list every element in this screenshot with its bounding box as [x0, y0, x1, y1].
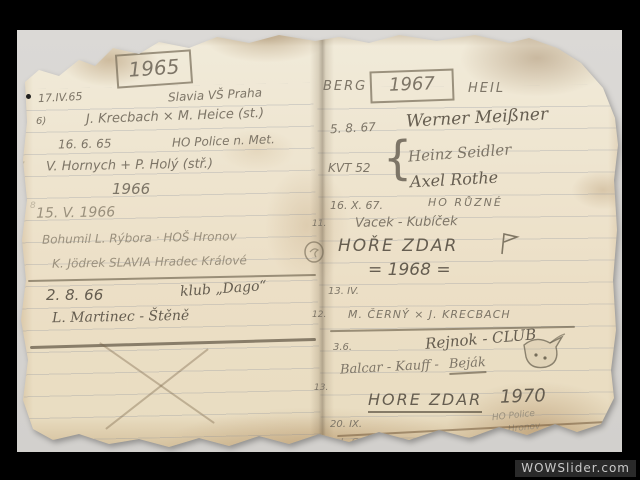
entry-date-16-x-67: 16. X. 67. — [330, 200, 383, 212]
scan-dust-dot — [26, 94, 31, 99]
slider-stage: 1965 17.IV.65 Slavia VŠ Praha 6) J. Krec… — [0, 0, 640, 480]
entry-date-5-8-67: 5. 8. 67 — [330, 121, 376, 136]
watermark-link[interactable]: WOWSlider.com — [515, 460, 636, 477]
margin-number-8: 8 — [30, 202, 36, 211]
entry-hornych-holy: V. Hornych + P. Holý (stř.) — [46, 158, 213, 175]
notebook-paper: 1965 17.IV.65 Slavia VŠ Praha 6) J. Krec… — [17, 30, 622, 452]
entry-date-20-ix: 20. IX. — [330, 420, 362, 431]
margin-number-7: 7 — [19, 162, 25, 171]
entry-martinec-stene: L. Martinec - Štěně — [52, 309, 190, 326]
year-1967-box: 1967 — [369, 69, 454, 104]
entry-date-2-8-66: 2. 8. 66 — [46, 288, 103, 304]
entry-hore-zdar-1968: HOŘE ZDAR — [338, 238, 458, 256]
margin-number-13: 13. — [314, 384, 328, 393]
margin-number-12: 12. — [312, 311, 326, 320]
entry-1970: 1970 — [500, 387, 546, 407]
entry-date-13-iv: 13. IV. — [328, 287, 359, 298]
entry-date-15-v-1966: 15. V. 1966 — [36, 205, 115, 221]
pennant-flag-icon — [498, 232, 520, 256]
entry-date-3-6: 3.6. — [333, 343, 352, 354]
entry-kvt52: KVT 52 — [328, 162, 371, 175]
margin-number-14: 14. — [318, 439, 332, 448]
circled-scribble-icon — [303, 240, 325, 264]
scanned-page-photo: 1965 17.IV.65 Slavia VŠ Praha 6) J. Krec… — [17, 30, 622, 452]
entry-1968: = 1968 = — [368, 262, 451, 280]
entry-bejak-underlined: Beják — [449, 356, 487, 375]
entry-cerny-krecbach: M. ČERNÝ × J. KRECBACH — [348, 309, 511, 321]
entry-date-16-6-65: 16. 6. 65 — [58, 138, 112, 152]
entry-date-17-iv-65: 17.IV.65 — [38, 91, 83, 105]
entry-vacek-kubicek: Vacek - Kubíček — [355, 215, 458, 230]
header-berg: BERG — [323, 80, 367, 94]
entry-hore-zdar-1970: HORE ZDAR — [368, 392, 482, 413]
margin-number-11: 11. — [312, 220, 326, 229]
year-1965-box: 1965 — [115, 49, 193, 88]
entry-ho-ruzne: HO RŮZNÉ — [428, 197, 503, 209]
entry-js-torn: J. S — [340, 437, 359, 450]
year-1966-heading: 1966 — [112, 182, 150, 198]
stingray-doodle-icon — [520, 333, 566, 373]
ruled-lines-right-page — [317, 84, 621, 439]
paper-shadow-wrap: 1965 17.IV.65 Slavia VŠ Praha 6) J. Krec… — [17, 30, 622, 452]
margin-number-6: 6) — [36, 117, 46, 128]
header-heil: HEIL — [468, 82, 505, 96]
